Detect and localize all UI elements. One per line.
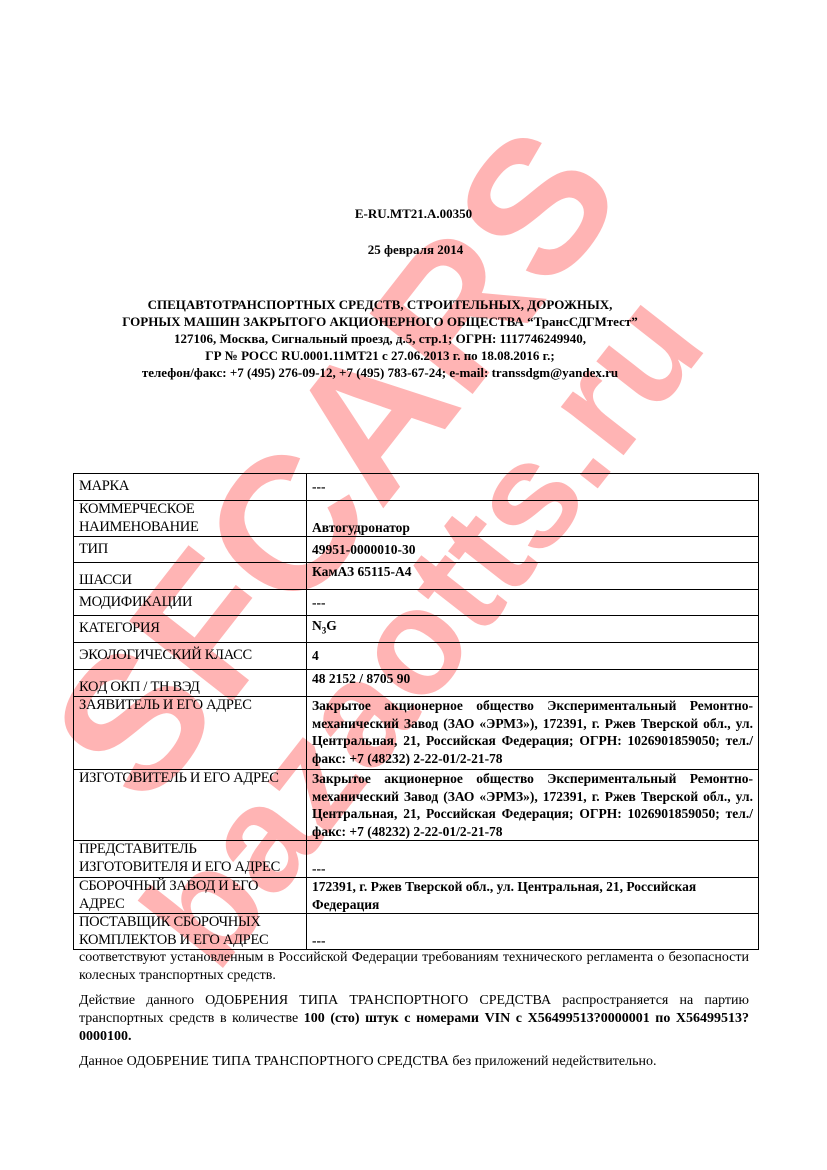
row-value: N3G — [307, 616, 759, 643]
row-label: КОД ОКП / ТН ВЭД — [74, 670, 307, 697]
row-value: Автогудронатор — [307, 501, 759, 537]
table-row: ИЗГОТОВИТЕЛЬ И ЕГО АДРЕС Закрытое акцион… — [74, 770, 759, 841]
row-label: МОДИФИКАЦИИ — [74, 590, 307, 616]
table-row: ЭКОЛОГИЧЕСКИЙ КЛАСС 4 — [74, 643, 759, 670]
org-line: ГР № РОСС RU.0001.11МТ21 с 27.06.2013 г.… — [60, 347, 700, 364]
table-row: ШАССИ КамАЗ 65115-А4 — [74, 563, 759, 590]
table-row: КОММЕРЧЕСКОЕ НАИМЕНОВАНИЕ Автогудронатор — [74, 501, 759, 537]
table-row: МОДИФИКАЦИИ --- — [74, 590, 759, 616]
row-value: 48 2152 / 8705 90 — [307, 670, 759, 697]
issuing-organization: СПЕЦАВТОТРАНСПОРТНЫХ СРЕДСТВ, СТРОИТЕЛЬН… — [60, 296, 700, 381]
org-line: ГОРНЫХ МАШИН ЗАКРЫТОГО АКЦИОНЕРНОГО ОБЩЕ… — [60, 313, 700, 330]
validity-paragraph: Данное ОДОБРЕНИЕ ТИПА ТРАНСПОРТНОГО СРЕД… — [79, 1053, 749, 1071]
certificate-date: 25 февраля 2014 — [0, 242, 827, 258]
org-line: 127106, Москва, Сигнальный проезд, д.5, … — [60, 330, 700, 347]
row-label: СБОРОЧНЫЙ ЗАВОД И ЕГО АДРЕС — [74, 878, 307, 914]
row-label: ПРЕДСТАВИТЕЛЬ ИЗГОТОВИТЕЛЯ И ЕГО АДРЕС — [74, 841, 307, 878]
row-label: ЭКОЛОГИЧЕСКИЙ КЛАСС — [74, 643, 307, 670]
row-value: Закрытое акционерное общество Эксперимен… — [307, 697, 759, 770]
table-row: КАТЕГОРИЯ N3G — [74, 616, 759, 643]
table-row: ТИП 49951-0000010-30 — [74, 537, 759, 563]
vehicle-spec-table: МАРКА --- КОММЕРЧЕСКОЕ НАИМЕНОВАНИЕ Авто… — [73, 473, 759, 950]
row-label: КАТЕГОРИЯ — [74, 616, 307, 643]
row-value: --- — [307, 474, 759, 501]
scope-paragraph: Действие данного ОДОБРЕНИЯ ТИПА ТРАНСПОР… — [79, 992, 749, 1046]
row-value: --- — [307, 590, 759, 616]
row-label: КОММЕРЧЕСКОЕ НАИМЕНОВАНИЕ — [74, 501, 307, 537]
row-value: КамАЗ 65115-А4 — [307, 563, 759, 590]
table-row: СБОРОЧНЫЙ ЗАВОД И ЕГО АДРЕС 172391, г. Р… — [74, 878, 759, 914]
row-label: ЗАЯВИТЕЛЬ И ЕГО АДРЕС — [74, 697, 307, 770]
row-label: ТИП — [74, 537, 307, 563]
row-value: 4 — [307, 643, 759, 670]
org-line: телефон/факс: +7 (495) 276-09-12, +7 (49… — [60, 364, 700, 381]
row-value: 49951-0000010-30 — [307, 537, 759, 563]
certificate-number: E-RU.MT21.A.00350 — [0, 206, 827, 222]
row-label: ШАССИ — [74, 563, 307, 590]
category-main: N — [312, 618, 322, 633]
table-row: ЗАЯВИТЕЛЬ И ЕГО АДРЕС Закрытое акционерн… — [74, 697, 759, 770]
row-label: МАРКА — [74, 474, 307, 501]
table-row: КОД ОКП / ТН ВЭД 48 2152 / 8705 90 — [74, 670, 759, 697]
row-value: --- — [307, 841, 759, 878]
row-label: ПОСТАВЩИК СБОРОЧНЫХ КОМПЛЕКТОВ И ЕГО АДР… — [74, 914, 307, 950]
compliance-paragraph: соответствуют установленным в Российской… — [79, 949, 749, 985]
row-label: ИЗГОТОВИТЕЛЬ И ЕГО АДРЕС — [74, 770, 307, 841]
table-row: ПРЕДСТАВИТЕЛЬ ИЗГОТОВИТЕЛЯ И ЕГО АДРЕС -… — [74, 841, 759, 878]
row-value: 172391, г. Ржев Тверской обл., ул. Центр… — [307, 878, 759, 914]
table-row: ПОСТАВЩИК СБОРОЧНЫХ КОМПЛЕКТОВ И ЕГО АДР… — [74, 914, 759, 950]
table-row: МАРКА --- — [74, 474, 759, 501]
category-suffix: G — [326, 618, 337, 633]
row-value: Закрытое акционерное общество Эксперимен… — [307, 770, 759, 841]
org-line: СПЕЦАВТОТРАНСПОРТНЫХ СРЕДСТВ, СТРОИТЕЛЬН… — [60, 296, 700, 313]
row-value: --- — [307, 914, 759, 950]
document-page: E-RU.MT21.A.00350 25 февраля 2014 СПЕЦАВ… — [0, 0, 827, 1170]
